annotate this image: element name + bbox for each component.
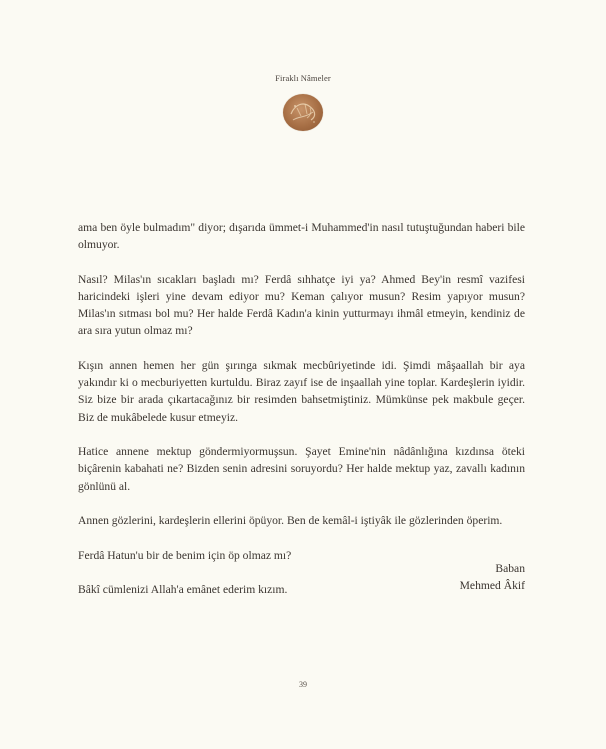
page-number: 39 [0,680,606,689]
signature-line-2: Mehmed Âkif [460,577,525,594]
book-page: Firaklı Nâmeler ama ben öyle bulmadım" d… [0,0,606,749]
letter-body: ama ben öyle bulmadım" diyor; dışarıda ü… [78,219,525,616]
seal-icon [283,94,323,131]
paragraph: Ferdâ Hatun'u bir de benim için öp olmaz… [78,547,525,564]
paragraph: Nasıl? Milas'ın sıcakları başladı mı? Fe… [78,271,525,340]
paragraph: Annen gözlerini, kardeşlerin ellerini öp… [78,512,525,529]
paragraph: Kışın annen hemen her gün şırınga sıkmak… [78,357,525,426]
signature-line-1: Baban [460,560,525,577]
signature: Baban Mehmed Âkif [460,560,525,594]
running-title: Firaklı Nâmeler [0,73,606,83]
paragraph: Bâkî cümlenizi Allah'a emânet ederim kız… [78,581,525,598]
paragraph: ama ben öyle bulmadım" diyor; dışarıda ü… [78,219,525,253]
paragraph: Hatice annene mektup göndermiyormuşsun. … [78,443,525,495]
